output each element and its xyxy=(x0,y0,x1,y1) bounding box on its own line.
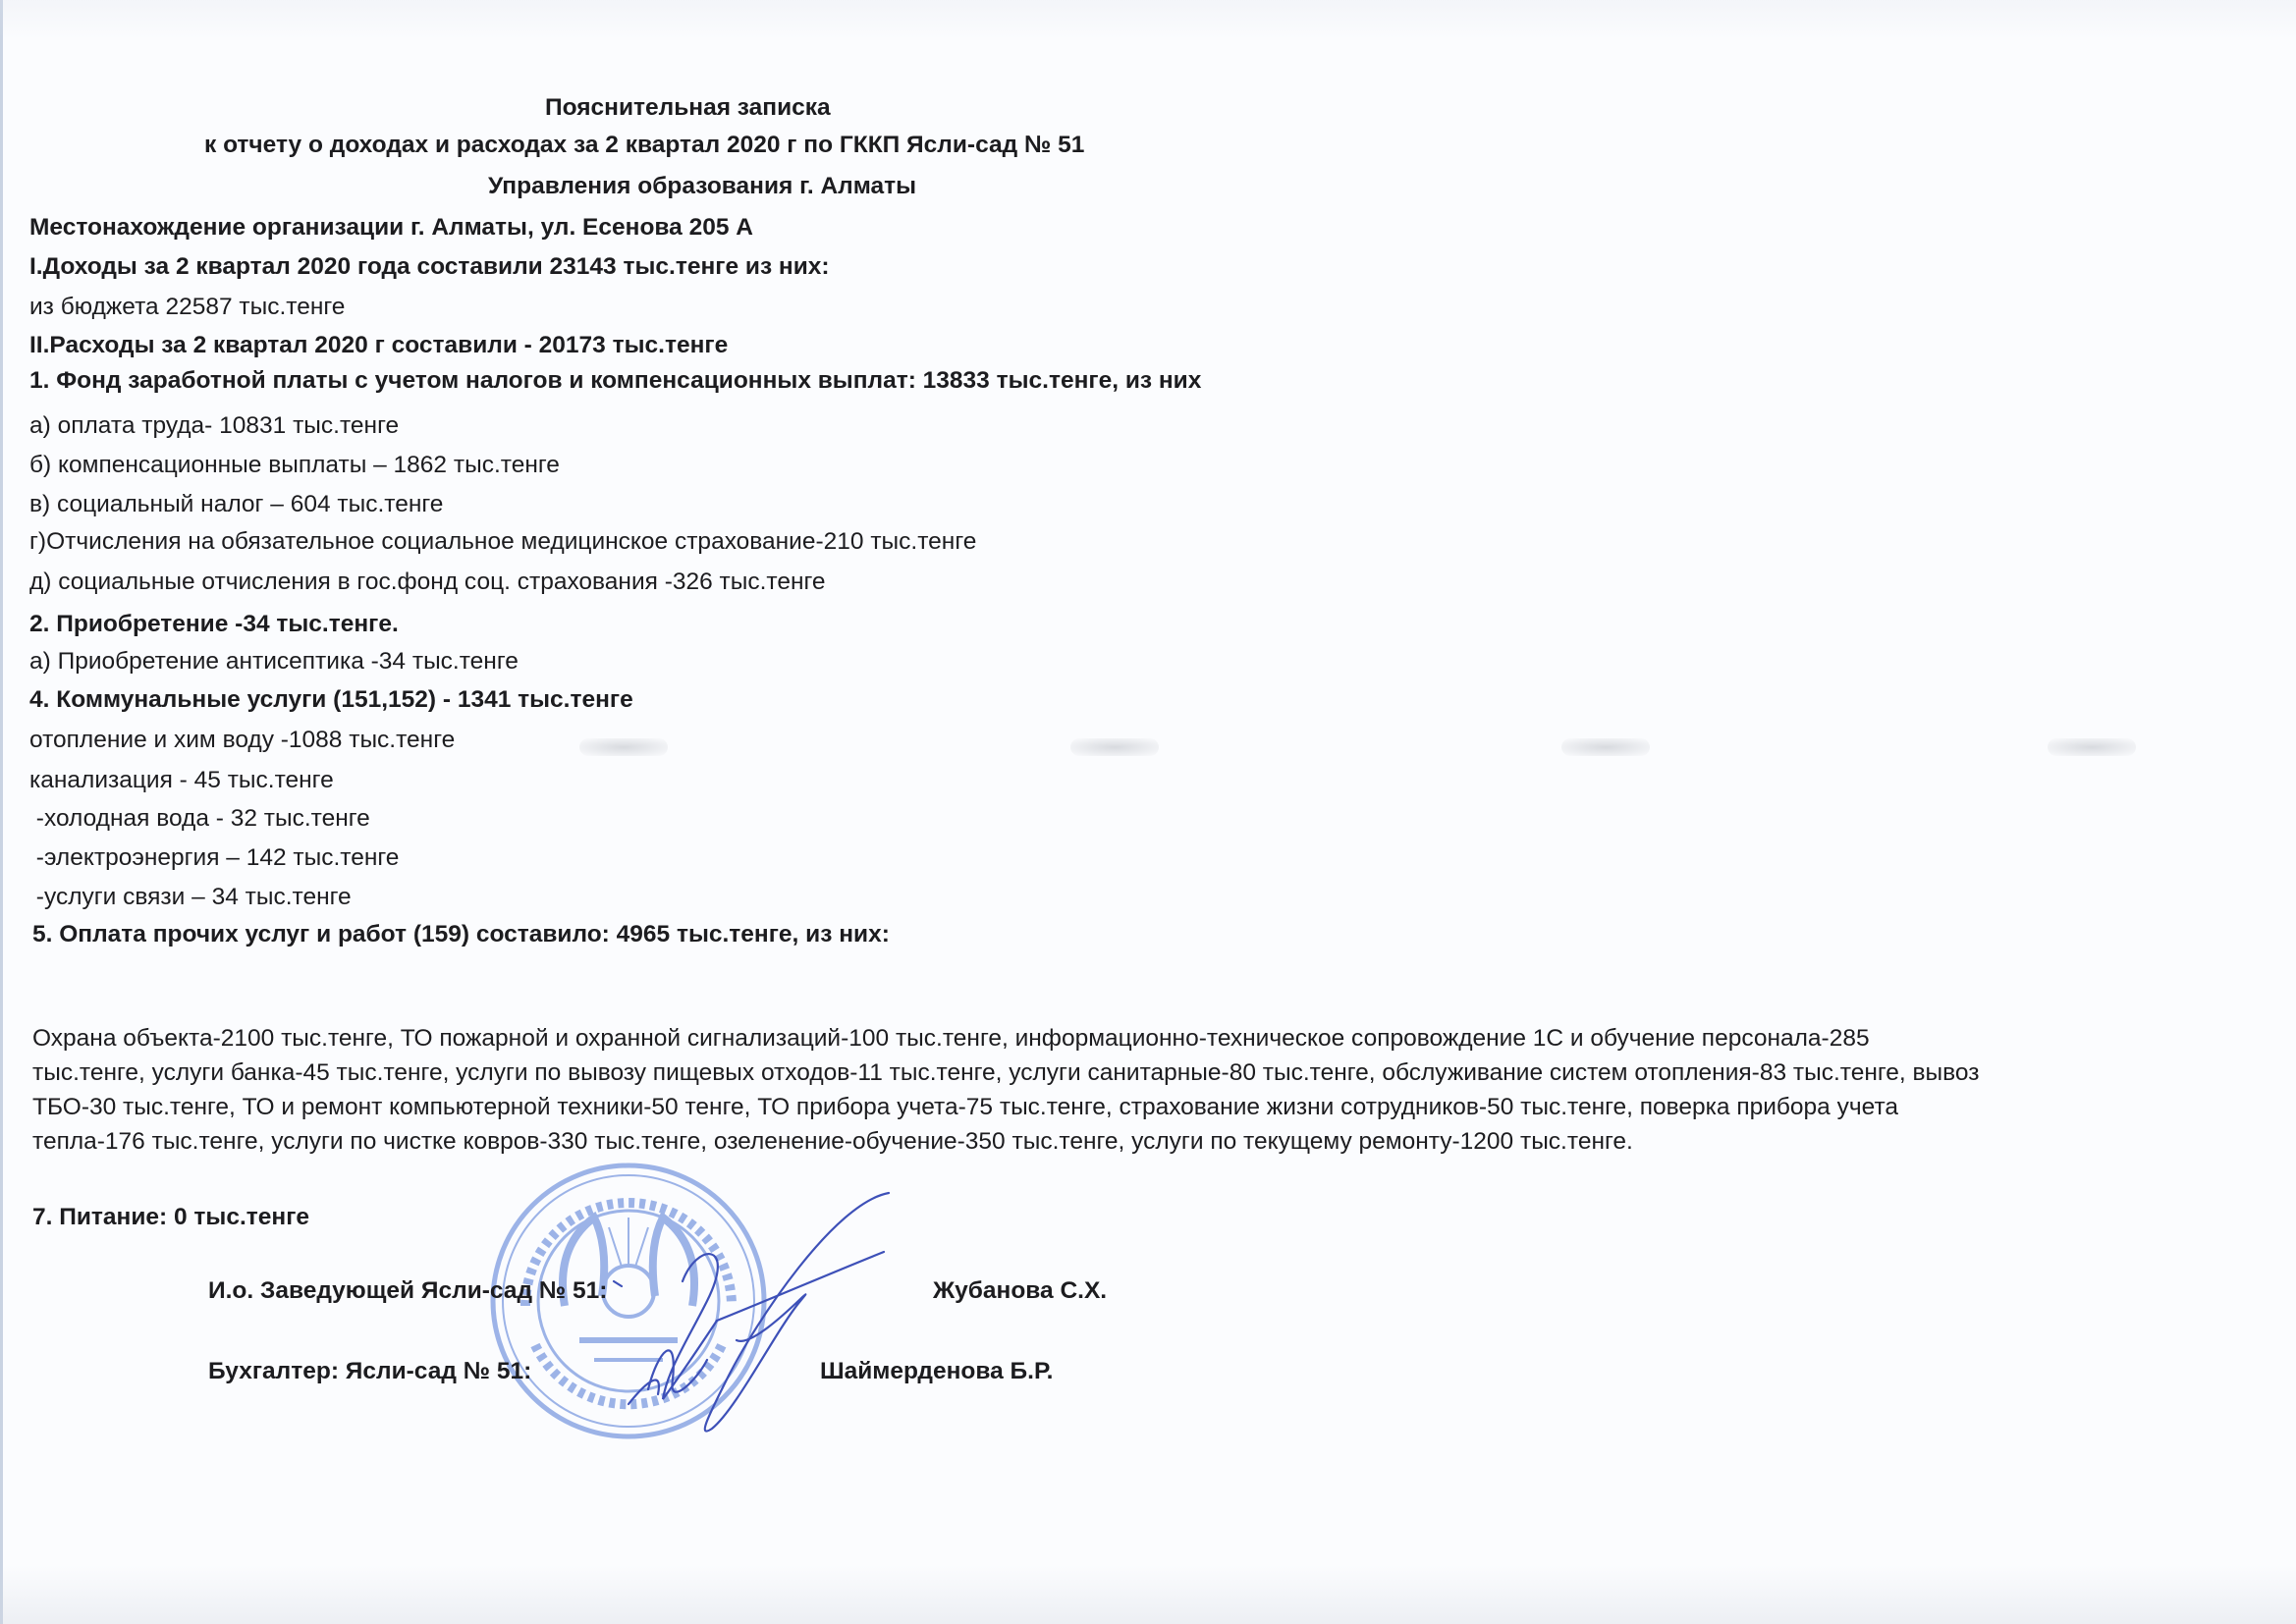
expenses-heading: II.Расходы за 2 квартал 2020 г составили… xyxy=(29,331,728,360)
payroll-item: а) оплата труда- 10831 тыс.тенге xyxy=(29,411,399,441)
payroll-item: б) компенсационные выплаты – 1862 тыс.те… xyxy=(29,451,560,480)
section-heading-purchases: 2. Приобретение -34 тыс.тенге. xyxy=(29,610,399,639)
signature-role-head: И.о. Заведующей Ясли-сад № 51: xyxy=(208,1276,607,1306)
utility-item: отопление и хим воду -1088 тыс.тенге xyxy=(29,726,455,755)
scan-artifact xyxy=(1561,738,1650,756)
signature-name-head: Жубанова С.Х. xyxy=(933,1276,1107,1306)
document-title: Пояснительная записка xyxy=(545,93,831,123)
payroll-item: д) социальные отчисления в гос.фонд соц.… xyxy=(29,568,826,597)
signature-name-accountant: Шаймерденова Б.Р. xyxy=(820,1357,1053,1386)
organization-location: Местонахождение организации г. Алматы, у… xyxy=(29,213,753,243)
section-heading-utilities: 4. Коммунальные услуги (151,152) - 1341 … xyxy=(29,685,633,715)
document-page: Пояснительная записка к отчету о доходах… xyxy=(0,0,2296,1624)
payroll-item: г)Отчисления на обязательное социальное … xyxy=(29,527,976,557)
signature-role-accountant: Бухгалтер: Ясли-сад № 51: xyxy=(208,1357,531,1386)
scan-artifact xyxy=(2048,738,2136,756)
scan-artifact xyxy=(1070,738,1159,756)
purchase-item: а) Приобретение антисептика -34 тыс.тенг… xyxy=(29,647,519,677)
section-heading-food: 7. Питание: 0 тыс.тенге xyxy=(32,1203,309,1232)
utility-item: -холодная вода - 32 тыс.тенге xyxy=(29,804,370,834)
income-heading: I.Доходы за 2 квартал 2020 года составил… xyxy=(29,252,830,282)
document-subtitle: к отчету о доходах и расходах за 2 кварт… xyxy=(204,131,1084,160)
utility-item: -электроэнергия – 142 тыс.тенге xyxy=(29,843,399,873)
scan-artifact xyxy=(579,738,668,756)
scan-edge xyxy=(0,0,3,1624)
utility-item: канализация - 45 тыс.тенге xyxy=(29,766,334,795)
income-budget: из бюджета 22587 тыс.тенге xyxy=(29,293,345,322)
other-services-paragraph: Охрана объекта-2100 тыс.тенге, ТО пожарн… xyxy=(32,1021,1987,1159)
section-heading-other-services: 5. Оплата прочих услуг и работ (159) сос… xyxy=(32,920,890,949)
handwritten-signature-icon xyxy=(589,1183,943,1448)
payroll-item: в) социальный налог – 604 тыс.тенге xyxy=(29,490,443,519)
utility-item: -услуги связи – 34 тыс.тенге xyxy=(29,883,352,912)
document-subtitle-org: Управления образования г. Алматы xyxy=(488,172,916,201)
section-heading-payroll: 1. Фонд заработной платы с учетом налого… xyxy=(29,366,1201,396)
